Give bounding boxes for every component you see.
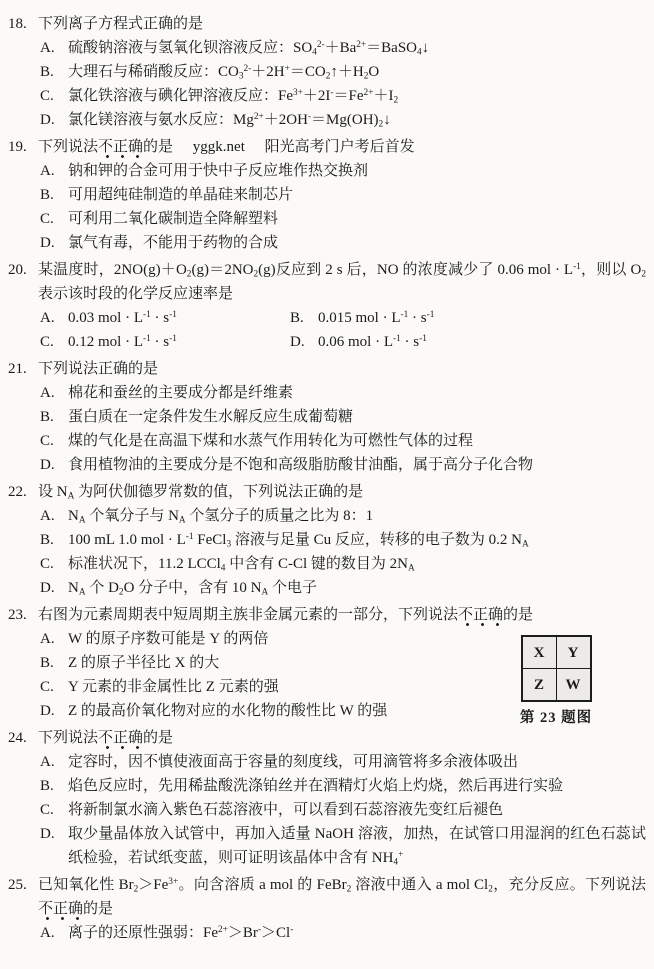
option-label: C.: [40, 552, 54, 576]
option-text: 0.015 mol · L-1 · s-1: [318, 310, 434, 326]
option-text: 定容时，因不慎使液面高于容量的刻度线，可用滴管将多余液体吸出: [68, 754, 518, 770]
option-text: 取少量晶体放入试管中，再加入适量 NaOH 溶液，加热，在试管口用湿润的红色石蕊…: [68, 826, 646, 866]
option-22-c: C. 标准状况下，11.2 LCCl4 中含有 C-Cl 键的数目为 2NA: [8, 552, 646, 576]
question-stem: 已知氧化性 Br2＞Fe3+。向含溶质 a mol 的 FeBr2 溶液中通入 …: [38, 877, 646, 917]
option-text: 硫酸钠溶液与氢氧化钡溶液反应：SO42-＋Ba2+＝BaSO4↓: [68, 40, 429, 56]
option-label: A.: [40, 306, 55, 330]
question-number: 19.: [8, 135, 27, 159]
option-label: D.: [40, 822, 55, 846]
question-stem: 下列说法不正确的是: [38, 730, 173, 750]
question-21: 21. 下列说法正确的是 A. 棉花和蚕丝的主要成分都是纤维素 B. 蛋白质在一…: [8, 357, 646, 477]
option-label: D.: [40, 453, 55, 477]
question-stem: 下列离子方程式正确的是: [38, 16, 203, 32]
question-number: 20.: [8, 258, 27, 282]
question-number: 22.: [8, 480, 27, 504]
question-24: 24. 下列说法不正确的是 A. 定容时，因不慎使液面高于容量的刻度线，可用滴管…: [8, 726, 646, 870]
option-21-a: A. 棉花和蚕丝的主要成分都是纤维素: [8, 381, 646, 405]
option-20-c: C. 0.12 mol · L-1 · s-1: [8, 330, 290, 354]
option-text: 将新制氯水滴入紫色石蕊溶液中，可以看到石蕊溶液先变红后褪色: [68, 802, 503, 818]
option-label: B.: [40, 528, 54, 552]
option-text: 标准状况下，11.2 LCCl4 中含有 C-Cl 键的数目为 2NA: [68, 556, 415, 572]
option-25-a: A. 离子的还原性强弱：Fe2+＞Br-＞Cl-: [8, 921, 646, 945]
exam-page: 18. 下列离子方程式正确的是 A. 硫酸钠溶液与氢氧化钡溶液反应：SO42-＋…: [0, 0, 654, 969]
option-22-b: B. 100 mL 1.0 mol · L-1 FeCl3 溶液与足量 Cu 反…: [8, 528, 646, 552]
option-24-a: A. 定容时，因不慎使液面高于容量的刻度线，可用滴管将多余液体吸出: [8, 750, 646, 774]
option-text: NA 个 D2O 分子中，含有 10 NA 个电子: [68, 580, 317, 596]
option-text: 0.12 mol · L-1 · s-1: [68, 334, 177, 350]
option-text: Z 的最高价氧化物对应的水化物的酸性比 W 的强: [68, 703, 387, 719]
option-label: D.: [40, 108, 55, 132]
option-label: B.: [290, 306, 304, 330]
option-text: 大理石与稀硝酸反应：CO32-＋2H+＝CO2↑＋H2O: [68, 64, 379, 80]
element-cell-bottom-left: Z: [522, 669, 557, 702]
option-label: D.: [40, 576, 55, 600]
question-20: 20. 某温度时，2NO(g)＋O2(g)＝2NO2(g)反应到 2 s 后，N…: [8, 258, 646, 354]
option-label: A.: [40, 750, 55, 774]
option-text: 氯化镁溶液与氨水反应：Mg2+＋2OH-＝Mg(OH)2↓: [68, 112, 391, 128]
option-text: 氯化铁溶液与碘化钾溶液反应：Fe3+＋2I-＝Fe2+＋I2: [68, 88, 398, 104]
option-text: 蛋白质在一定条件发生水解反应生成葡萄糖: [68, 409, 353, 425]
option-text: Z 的原子半径比 X 的大: [68, 655, 219, 671]
option-text: W 的原子序数可能是 Y 的两倍: [68, 631, 268, 647]
option-label: B.: [40, 651, 54, 675]
figure-23: X Y Z W 第 23 题图: [512, 635, 600, 730]
option-text: 食用植物油的主要成分是不饱和高级脂肪酸甘油酯，属于高分子化合物: [68, 457, 533, 473]
option-label: D.: [40, 231, 55, 255]
option-label: D.: [40, 699, 55, 723]
question-25: 25. 已知氧化性 Br2＞Fe3+。向含溶质 a mol 的 FeBr2 溶液…: [8, 873, 646, 945]
watermark-site: yggk.net: [193, 139, 245, 155]
option-label: C.: [40, 798, 54, 822]
option-label: A.: [40, 159, 55, 183]
option-text: Y 元素的非金属性比 Z 元素的强: [68, 679, 279, 695]
question-stem: 设 NA 为阿伏伽德罗常数的值，下列说法正确的是: [38, 484, 363, 500]
question-23: 23. 右图为元素周期表中短周期主族非金属元素的一部分，下列说法不正确的是 A.…: [8, 603, 646, 723]
option-19-d: D. 氯气有毒，不能用于药物的合成: [8, 231, 646, 255]
element-cell-top-right: Y: [556, 636, 591, 669]
option-19-c: C. 可利用二氧化碳制造全降解塑料: [8, 207, 646, 231]
option-text: 100 mL 1.0 mol · L-1 FeCl3 溶液与足量 Cu 反应，转…: [68, 532, 529, 548]
option-label: B.: [40, 183, 54, 207]
option-24-c: C. 将新制氯水滴入紫色石蕊溶液中，可以看到石蕊溶液先变红后褪色: [8, 798, 646, 822]
option-21-b: B. 蛋白质在一定条件发生水解反应生成葡萄糖: [8, 405, 646, 429]
option-text: 0.03 mol · L-1 · s-1: [68, 310, 177, 326]
option-text: 棉花和蚕丝的主要成分都是纤维素: [68, 385, 293, 401]
option-21-c: C. 煤的气化是在高温下煤和水蒸气作用转化为可燃性气体的过程: [8, 429, 646, 453]
option-label: B.: [40, 774, 54, 798]
element-periodic-grid: X Y Z W: [521, 635, 592, 702]
option-label: B.: [40, 60, 54, 84]
element-cell-bottom-right: W: [556, 669, 591, 702]
option-label: C.: [40, 429, 54, 453]
option-18-d: D. 氯化镁溶液与氨水反应：Mg2+＋2OH-＝Mg(OH)2↓: [8, 108, 646, 132]
option-label: A.: [40, 627, 55, 651]
question-stem: 右图为元素周期表中短周期主族非金属元素的一部分，下列说法不正确的是: [38, 607, 533, 627]
option-text: 氯气有毒，不能用于药物的合成: [68, 235, 278, 251]
question-number: 21.: [8, 357, 27, 381]
question-number: 18.: [8, 12, 27, 36]
option-22-d: D. NA 个 D2O 分子中，含有 10 NA 个电子: [8, 576, 646, 600]
question-number: 24.: [8, 726, 27, 750]
option-text: NA 个氧分子与 NA 个氢分子的质量之比为 8：1: [68, 508, 373, 524]
option-label: A.: [40, 36, 55, 60]
option-label: A.: [40, 504, 55, 528]
option-19-b: B. 可用超纯硅制造的单晶硅来制芯片: [8, 183, 646, 207]
option-text: 煤的气化是在高温下煤和水蒸气作用转化为可燃性气体的过程: [68, 433, 473, 449]
option-label: C.: [40, 675, 54, 699]
question-18: 18. 下列离子方程式正确的是 A. 硫酸钠溶液与氢氧化钡溶液反应：SO42-＋…: [8, 12, 646, 132]
element-cell-top-left: X: [522, 636, 557, 669]
option-label: D.: [290, 330, 305, 354]
option-20-b: B. 0.015 mol · L-1 · s-1: [290, 306, 646, 330]
question-stem: 下列说法正确的是: [38, 361, 158, 377]
question-number: 23.: [8, 603, 27, 627]
option-text: 钠和钾的合金可用于快中子反应堆作热交换剂: [68, 163, 368, 179]
option-21-d: D. 食用植物油的主要成分是不饱和高级脂肪酸甘油酯，属于高分子化合物: [8, 453, 646, 477]
option-label: C.: [40, 330, 54, 354]
option-18-c: C. 氯化铁溶液与碘化钾溶液反应：Fe3+＋2I-＝Fe2+＋I2: [8, 84, 646, 108]
question-22: 22. 设 NA 为阿伏伽德罗常数的值，下列说法正确的是 A. NA 个氧分子与…: [8, 480, 646, 600]
option-label: C.: [40, 207, 54, 231]
question-number: 25.: [8, 873, 27, 897]
watermark-slogan: 阳光高考门户考后首发: [265, 139, 415, 155]
question-stem: 某温度时，2NO(g)＋O2(g)＝2NO2(g)反应到 2 s 后，NO 的浓…: [38, 262, 646, 302]
option-24-b: B. 焰色反应时，先用稀盐酸洗涤铂丝并在酒精灯火焰上灼烧，然后再进行实验: [8, 774, 646, 798]
option-text: 焰色反应时，先用稀盐酸洗涤铂丝并在酒精灯火焰上灼烧，然后再进行实验: [68, 778, 563, 794]
option-24-d: D. 取少量晶体放入试管中，再加入适量 NaOH 溶液，加热，在试管口用湿润的红…: [8, 822, 646, 870]
option-22-a: A. NA 个氧分子与 NA 个氢分子的质量之比为 8：1: [8, 504, 646, 528]
option-label: A.: [40, 381, 55, 405]
question-stem: 下列说法不正确的是: [38, 139, 173, 159]
option-18-a: A. 硫酸钠溶液与氢氧化钡溶液反应：SO42-＋Ba2+＝BaSO4↓: [8, 36, 646, 60]
option-19-a: A. 钠和钾的合金可用于快中子反应堆作热交换剂: [8, 159, 646, 183]
option-text: 可利用二氧化碳制造全降解塑料: [68, 211, 278, 227]
option-label: A.: [40, 921, 55, 945]
option-20-d: D. 0.06 mol · L-1 · s-1: [290, 330, 646, 354]
option-text: 可用超纯硅制造的单晶硅来制芯片: [68, 187, 293, 203]
option-20-a: A. 0.03 mol · L-1 · s-1: [8, 306, 290, 330]
question-19: 19. 下列说法不正确的是 yggk.net 阳光高考门户考后首发 A. 钠和钾…: [8, 135, 646, 255]
option-label: C.: [40, 84, 54, 108]
option-text: 离子的还原性强弱：Fe2+＞Br-＞Cl-: [68, 925, 293, 941]
option-18-b: B. 大理石与稀硝酸反应：CO32-＋2H+＝CO2↑＋H2O: [8, 60, 646, 84]
option-text: 0.06 mol · L-1 · s-1: [318, 334, 427, 350]
option-label: B.: [40, 405, 54, 429]
